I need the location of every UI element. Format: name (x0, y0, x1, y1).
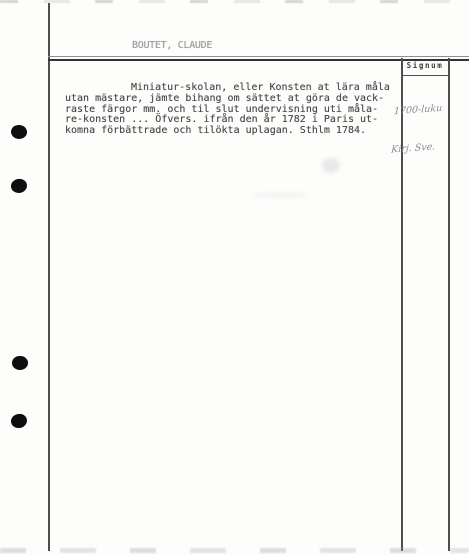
paper-smudge (252, 193, 310, 197)
catalog-card-scan: BOUTET, CLAUDE Signum 1700-luku Kirj. Sv… (0, 0, 469, 555)
bottom-edge-artifact (0, 548, 469, 553)
entry-text: Miniatur-skolan, eller Konsten at lära m… (65, 83, 401, 137)
punch-hole (10, 124, 28, 140)
punch-hole (10, 413, 28, 429)
entry-line: utan mästare, jämte bihang om sättet at … (65, 94, 401, 105)
left-margin-line (48, 3, 50, 551)
top-edge-artifact (0, 0, 469, 3)
punch-hole (12, 355, 29, 370)
handwritten-note-line: Kirj. Sve. (391, 140, 452, 157)
signum-label: Signum (401, 61, 449, 70)
punch-hole (10, 178, 27, 194)
card-heading: BOUTET, CLAUDE (132, 40, 212, 51)
signum-header-underline (401, 75, 449, 77)
handwritten-note-line: 1700-luku (393, 102, 454, 119)
entry-line: komna förbättrade och tilökta uplagan. S… (65, 126, 401, 137)
paper-smudge (322, 158, 340, 173)
